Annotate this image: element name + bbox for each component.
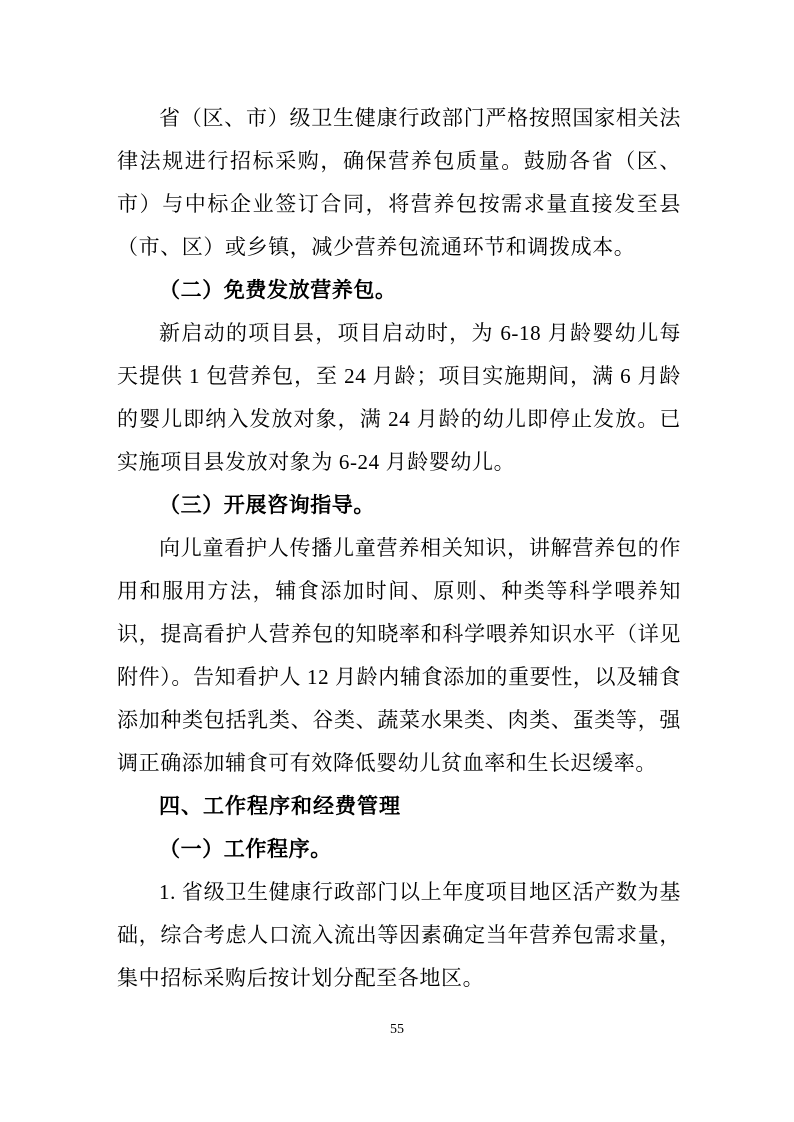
section-heading: （三）开展咨询指导。 bbox=[117, 484, 681, 527]
section-heading: 四、工作程序和经费管理 bbox=[117, 785, 681, 828]
paragraph: 省（区、市）级卫生健康行政部门严格按照国家相关法律法规进行招标采购，确保营养包质… bbox=[117, 97, 681, 269]
paragraph: 1. 省级卫生健康行政部门以上年度项目地区活产数为基础，综合考虑人口流入流出等因… bbox=[117, 871, 681, 1000]
paragraph: 向儿童看护人传播儿童营养相关知识，讲解营养包的作用和服用方法，辅食添加时间、原则… bbox=[117, 527, 681, 785]
paragraph: 新启动的项目县，项目启动时，为 6-18 月龄婴幼儿每天提供 1 包营养包，至 … bbox=[117, 312, 681, 484]
page-number: 55 bbox=[390, 1022, 404, 1037]
document-content: 省（区、市）级卫生健康行政部门严格按照国家相关法律法规进行招标采购，确保营养包质… bbox=[117, 97, 681, 1000]
page-footer: 55 bbox=[0, 1020, 794, 1038]
section-heading: （二）免费发放营养包。 bbox=[117, 269, 681, 312]
section-heading: （一）工作程序。 bbox=[117, 828, 681, 871]
document-page: 省（区、市）级卫生健康行政部门严格按照国家相关法律法规进行招标采购，确保营养包质… bbox=[0, 0, 794, 1122]
